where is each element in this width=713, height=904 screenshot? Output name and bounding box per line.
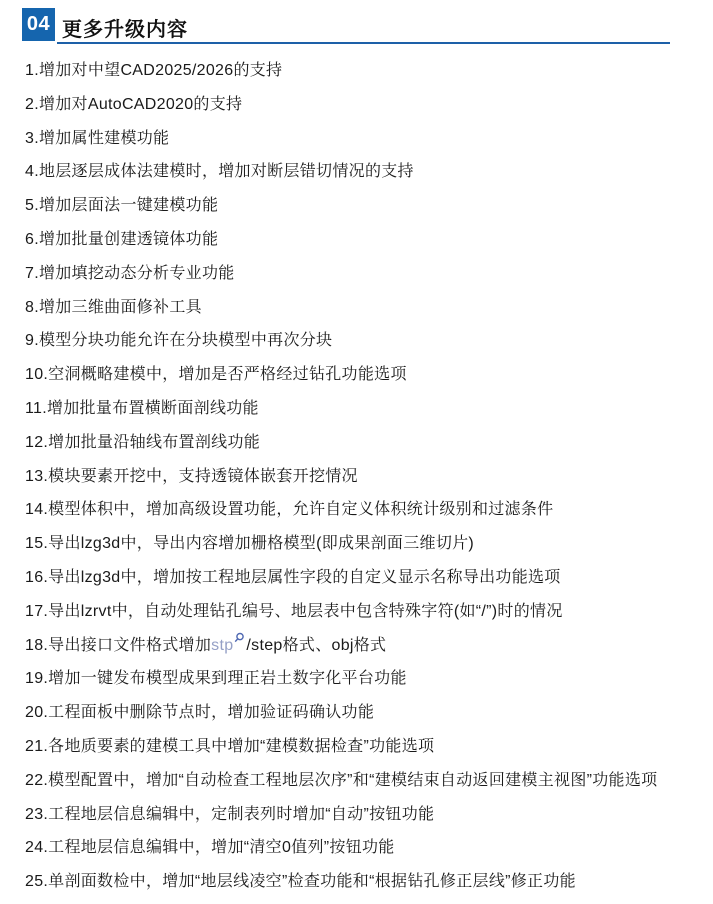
list-item: 11.增加批量布置横断面剖线功能 (25, 392, 703, 426)
list-item: 18.导出接口文件格式增加stp/step格式、obj格式 (25, 629, 703, 663)
page: { "header": { "badge": "04", "title": "更… (0, 0, 713, 904)
list-item: 17.导出lzrvt中，自动处理钻孔编号、地层表中包含特殊字符(如“/”)时的情… (25, 595, 703, 629)
list-item: 9.模型分块功能允许在分块模型中再次分块 (25, 324, 703, 358)
list-item: 20.工程面板中删除节点时，增加验证码确认功能 (25, 696, 703, 730)
section-number-badge: 04 (22, 8, 55, 41)
list-item: 14.模型体积中，增加高级设置功能，允许自定义体积统计级别和过滤条件 (25, 493, 703, 527)
section-title: 更多升级内容 (62, 13, 188, 42)
list-item: 2.增加对AutoCAD2020的支持 (25, 88, 703, 122)
list-item: 21.各地质要素的建模工具中增加“建模数据检查”功能选项 (25, 730, 703, 764)
list-item: 23.工程地层信息编辑中，定制表列时增加“自动”按钮功能 (25, 798, 703, 832)
search-icon (234, 632, 245, 643)
list-item: 19.增加一键发布模型成果到理正岩土数字化平台功能 (25, 662, 703, 696)
section-header: 04 更多升级内容 (0, 0, 713, 50)
list-item: 12.增加批量沿轴线布置剖线功能 (25, 426, 703, 460)
list-item: 7.增加填挖动态分析专业功能 (25, 257, 703, 291)
list-item: 24.工程地层信息编辑中，增加“清空0值列”按钮功能 (25, 831, 703, 865)
update-list: 1.增加对中望CAD2025/2026的支持2.增加对AutoCAD2020的支… (25, 54, 703, 899)
list-item-text: /step格式、obj格式 (246, 637, 386, 654)
list-item: 1.增加对中望CAD2025/2026的支持 (25, 54, 703, 88)
list-item: 8.增加三维曲面修补工具 (25, 291, 703, 325)
list-item-text: 18.导出接口文件格式增加 (25, 637, 211, 654)
list-item: 3.增加属性建模功能 (25, 122, 703, 156)
stp-link[interactable]: stp (211, 637, 233, 654)
list-item: 6.增加批量创建透镜体功能 (25, 223, 703, 257)
list-item: 15.导出lzg3d中，导出内容增加栅格模型(即成果剖面三维切片) (25, 527, 703, 561)
list-item: 10.空洞概略建模中，增加是否严格经过钻孔功能选项 (25, 358, 703, 392)
list-item: 5.增加层面法一键建模功能 (25, 189, 703, 223)
list-item: 25.单剖面数检中，增加“地层线凌空”检查功能和“根据钻孔修正层线”修正功能 (25, 865, 703, 899)
list-item: 16.导出lzg3d中，增加按工程地层属性字段的自定义显示名称导出功能选项 (25, 561, 703, 595)
list-item: 4.地层逐层成体法建模时，增加对断层错切情况的支持 (25, 155, 703, 189)
header-underline (57, 42, 670, 44)
list-item: 22.模型配置中，增加“自动检查工程地层次序”和“建模结束自动返回建模主视图”功… (25, 764, 703, 798)
list-item: 13.模块要素开挖中，支持透镜体嵌套开挖情况 (25, 460, 703, 494)
